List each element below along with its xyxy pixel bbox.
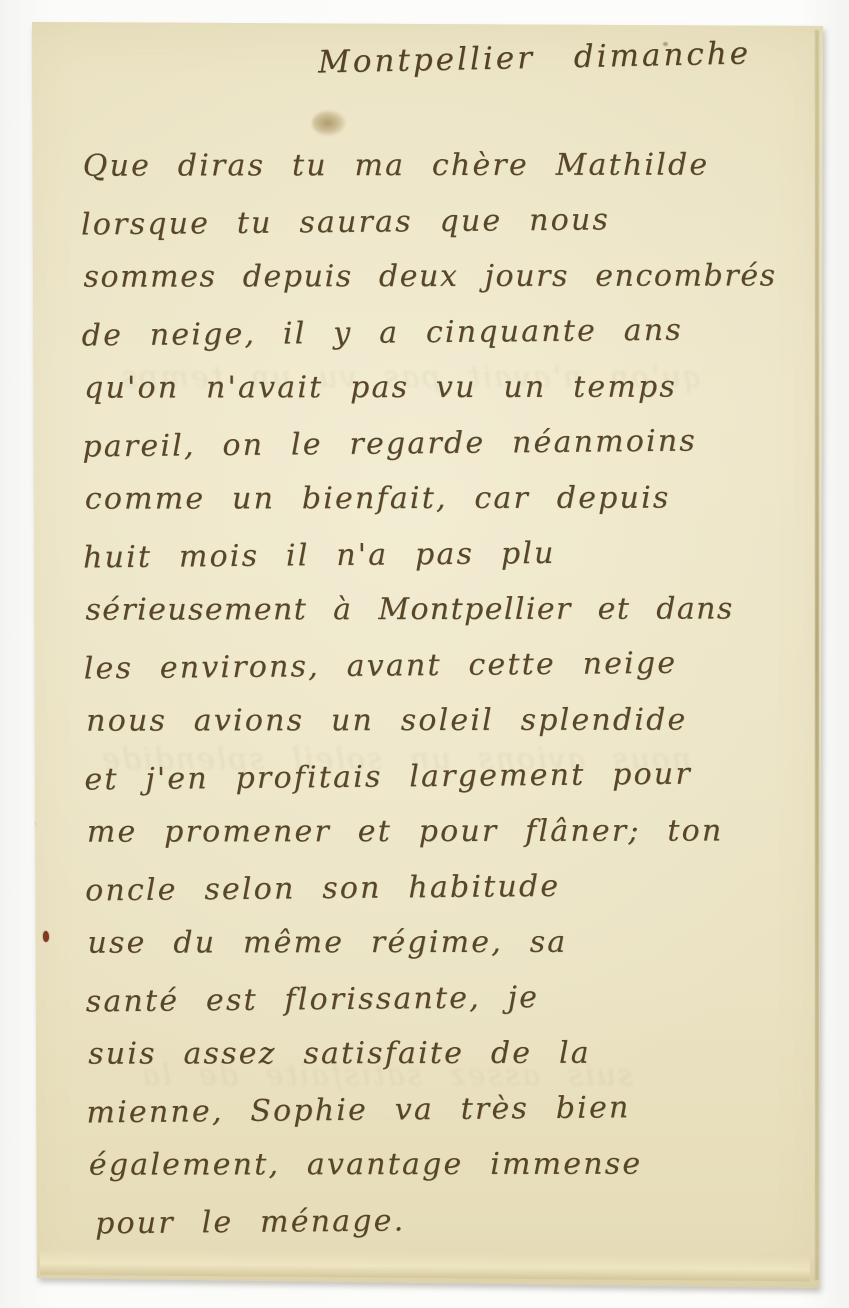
scan-background: qu'on n'avait pas vu un temps nous avion… — [0, 0, 849, 1308]
paper-stain — [312, 110, 346, 136]
letter-paper: qu'on n'avait pas vu un temps nous avion… — [0, 0, 849, 1308]
letter-heading: Montpellier dimanche — [318, 35, 752, 80]
letter-line: les environs, avant cette neige — [84, 644, 804, 706]
letter-line: huit mois il n'a pas plu — [83, 533, 803, 595]
paper-speck-red — [43, 931, 49, 942]
letter-line: comme un bienfait, car depuis — [85, 480, 805, 537]
paper-speck-dark — [31, 820, 35, 828]
letter-line: de neige, il y a cinquante ans — [82, 311, 802, 373]
letter-line: et j'en profitais largement pour — [84, 755, 804, 817]
letter-line: oncle selon son habitude — [85, 866, 805, 928]
paper-speck-faint — [663, 42, 668, 46]
letter-line: santé est florissante, je — [86, 977, 806, 1039]
letter-line: sérieusement à Montpellier et dans — [85, 591, 805, 648]
letter-line: qu'on n'avait pas vu un temps — [84, 369, 804, 426]
letter-body: Que diras tu ma chère Mathilde lorsque t… — [81, 146, 808, 1260]
letter-line: nous avions un soleil splendide — [86, 702, 806, 759]
letter-line: également, avantage immense — [89, 1146, 809, 1203]
letter-line: Que diras tu ma chère Mathilde — [83, 147, 803, 204]
letter-line: sommes depuis deux jours encombrés — [83, 258, 803, 315]
letter-line: use du même régime, sa — [87, 924, 807, 981]
paper-right-edge — [815, 30, 819, 1280]
letter-line: pareil, on le regarde néanmoins — [82, 422, 802, 484]
letter-line: suis assez satisfaite de la — [88, 1035, 808, 1092]
letter-line: mienne, Sophie va très bien — [86, 1088, 806, 1150]
paper-shadow-wrap: qu'on n'avait pas vu un temps nous avion… — [0, 0, 849, 1308]
letter-line: lorsque tu sauras que nous — [81, 200, 801, 262]
letter-line: me promener et pour flâner; ton — [87, 813, 807, 870]
paper-bottom-edge — [40, 1249, 810, 1282]
